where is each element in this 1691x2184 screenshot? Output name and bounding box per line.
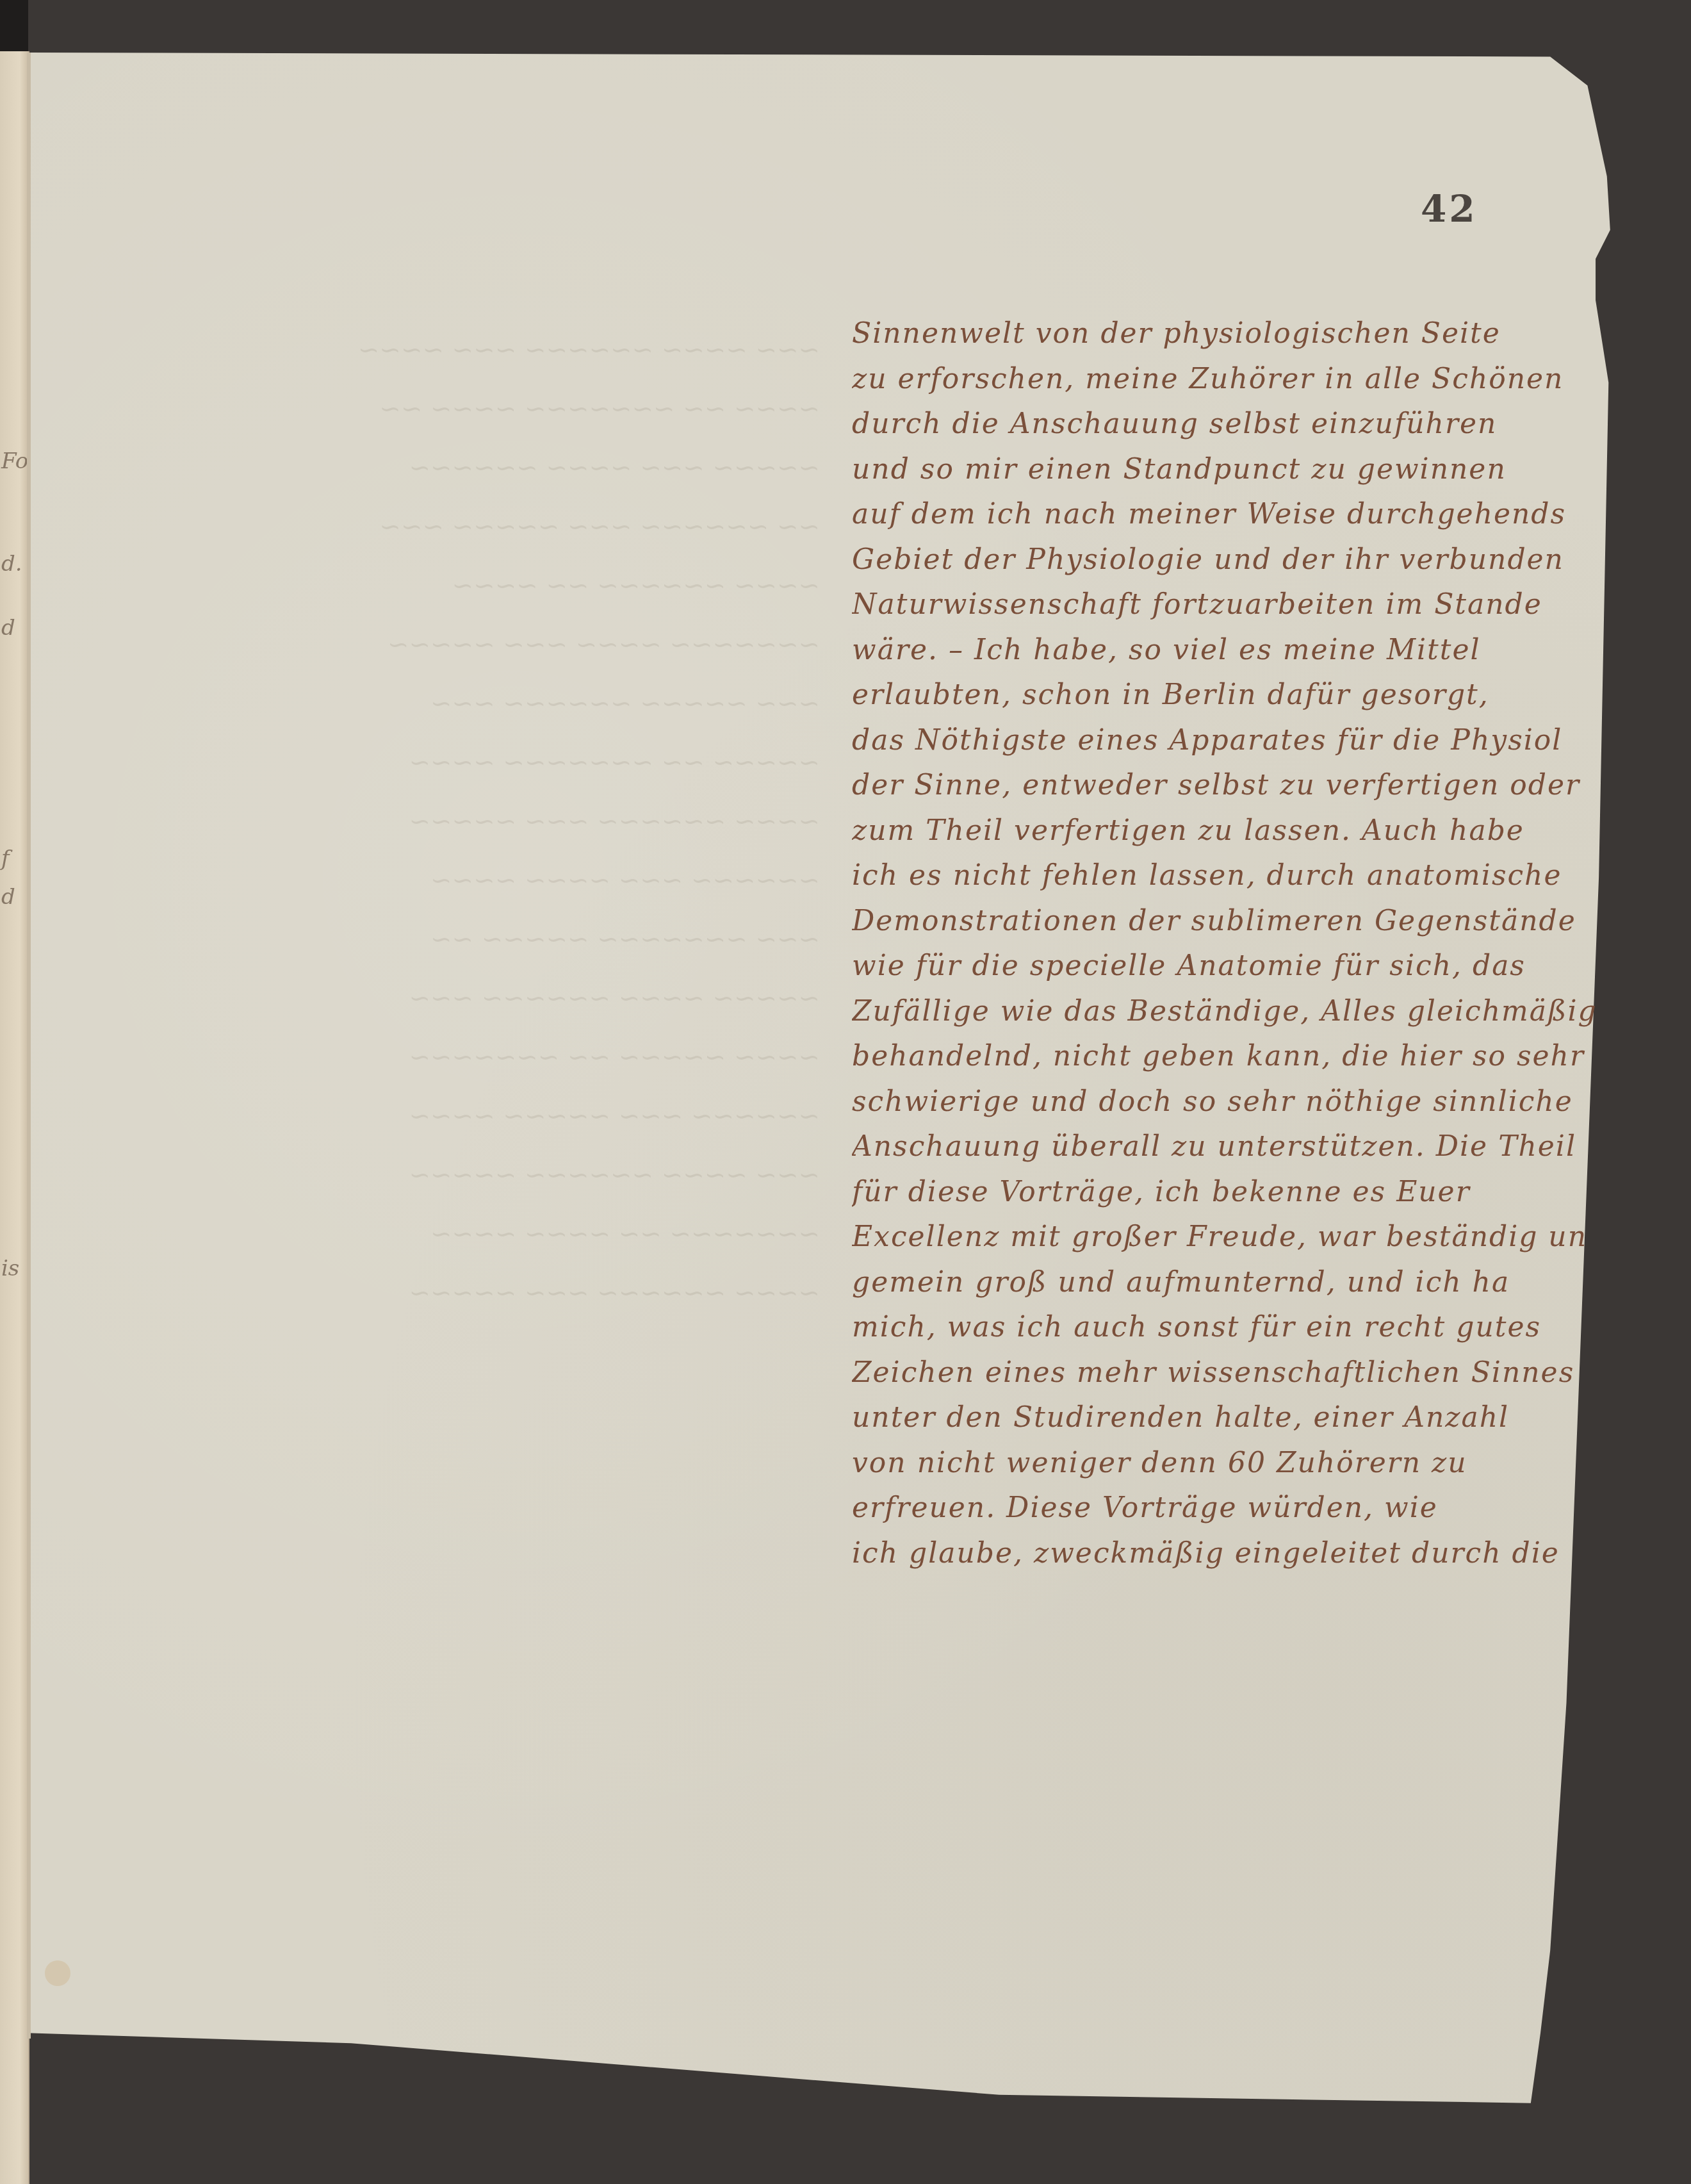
text-line: zu erforschen, meine Zuhörer in alle Sch… [852, 357, 1608, 402]
text-line: Excellenz mit großer Freude, war beständ… [852, 1215, 1608, 1260]
folio-number: 42 [1421, 187, 1478, 231]
margin-fragment: d. [1, 551, 22, 577]
text-line: Demonstrationen der sublimeren Gegenstän… [852, 899, 1608, 944]
scan-canvas: Fo d. d f d is ~~~ ~~~~ ~~~~~~ ~~~ ~~~~ … [0, 0, 1691, 2184]
text-line: behandelnd, nicht geben kann, die hier s… [852, 1034, 1608, 1080]
margin-fragment: d [1, 615, 15, 641]
margin-fragment: is [1, 1256, 19, 1281]
margin-fragment: Fo [1, 448, 28, 474]
text-line: wäre. – Ich habe, so viel es meine Mitte… [852, 628, 1608, 673]
previous-leaf-edge: Fo d. d f d is [0, 51, 29, 2184]
text-line: und so mir einen Standpunct zu gewinnen [852, 447, 1608, 493]
text-line: schwierige und doch so sehr nöthige sinn… [852, 1080, 1608, 1125]
text-line: Anschauung überall zu unterstützen. Die … [852, 1124, 1608, 1170]
text-line: erlaubten, schon in Berlin dafür gesorgt… [852, 673, 1608, 718]
text-line: der Sinne, entweder selbst zu verfertige… [852, 763, 1608, 809]
handwritten-text-column: Sinnenwelt von der physiologischen Seite… [852, 311, 1608, 1576]
text-line: ich glaube, zweckmäßig eingeleitet durch… [852, 1531, 1608, 1577]
text-line: erfreuen. Diese Vorträge würden, wie [852, 1486, 1608, 1531]
page-gutter-fold [27, 53, 31, 2039]
text-line: wie für die specielle Anatomie für sich,… [852, 944, 1608, 989]
text-line: Naturwissenschaft fortzuarbeiten im Stan… [852, 582, 1608, 628]
text-line: von nicht weniger denn 60 Zuhörern zu [852, 1441, 1608, 1486]
text-line: gemein groß und aufmunternd, und ich ha [852, 1260, 1608, 1306]
text-line: Zufällige wie das Beständige, Alles glei… [852, 989, 1608, 1035]
text-line: Sinnenwelt von der physiologischen Seite [852, 311, 1608, 357]
text-line: Zeichen eines mehr wissenschaftlichen Si… [852, 1351, 1608, 1396]
text-line: unter den Studirenden halte, einer Anzah… [852, 1395, 1608, 1441]
text-line: zum Theil verfertigen zu lassen. Auch ha… [852, 809, 1608, 854]
text-line: für diese Vorträge, ich bekenne es Euer [852, 1170, 1608, 1215]
binding-shadow [0, 0, 28, 51]
text-line: das Nöthigste eines Apparates für die Ph… [852, 718, 1608, 764]
text-line: ich es nicht fehlen lassen, durch anatom… [852, 853, 1608, 899]
text-line: durch die Anschauung selbst einzuführen [852, 402, 1608, 447]
paper-stain [45, 1960, 70, 1986]
margin-fragment: f [1, 846, 10, 871]
margin-fragment: d [1, 884, 15, 910]
text-line: mich, was ich auch sonst für ein recht g… [852, 1305, 1608, 1351]
text-line: auf dem ich nach meiner Weise durchgehen… [852, 492, 1608, 538]
text-line: Gebiet der Physiologie und der ihr verbu… [852, 538, 1608, 583]
